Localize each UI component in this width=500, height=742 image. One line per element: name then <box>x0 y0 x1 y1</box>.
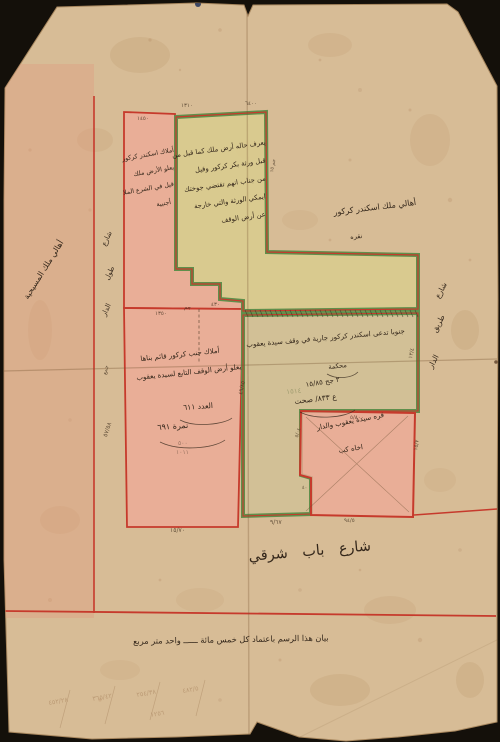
parcel-square-pink <box>300 411 415 517</box>
blue-top-mark <box>195 1 201 7</box>
plan-drawing <box>0 0 500 742</box>
crease-ink-dot <box>494 360 498 364</box>
parcel-middle-pink <box>124 308 243 527</box>
scanned-cadastral-plan: أملاك اسكندر كركور يعلو الأرض ملك قيل في… <box>0 0 500 742</box>
left-neighbor-wash <box>4 64 94 618</box>
